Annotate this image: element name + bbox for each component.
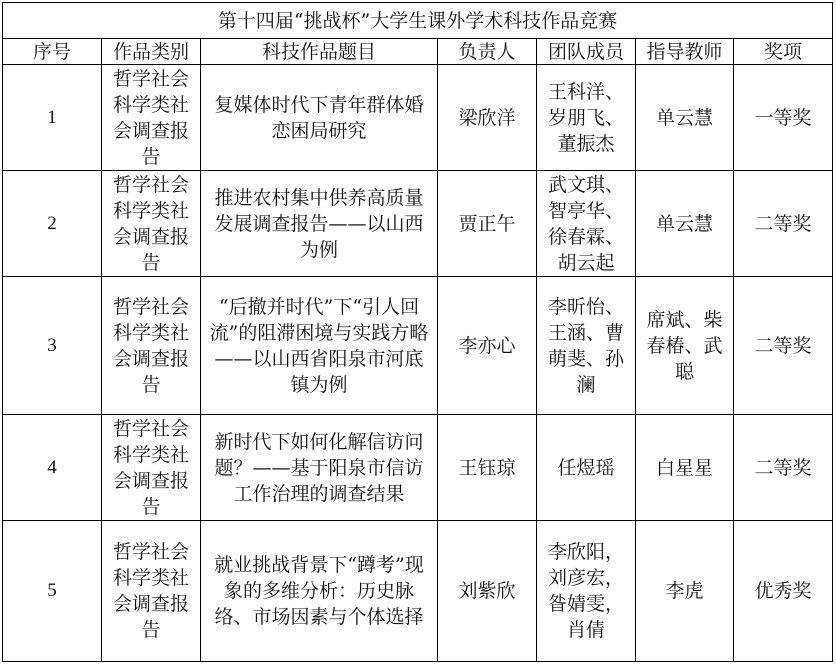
table-title-row: 第十四届“挑战杯”大学生课外学术科技作品竞赛 <box>3 3 833 39</box>
header-members: 团队成员 <box>537 39 636 65</box>
award-table: 第十四届“挑战杯”大学生课外学术科技作品竞赛 序号 作品类别 科技作品题目 负责… <box>2 2 833 662</box>
table-title: 第十四届“挑战杯”大学生课外学术科技作品竞赛 <box>3 3 833 39</box>
header-title: 科技作品题目 <box>201 39 438 65</box>
cell-advisor: 白星星 <box>636 415 734 521</box>
table-row: 1 哲学社会科学类社会调查报告 复媒体时代下青年群体婚恋困局研究 梁欣洋 王科洋… <box>3 65 833 171</box>
cell-leader: 贾正午 <box>438 171 537 277</box>
cell-members: 李昕怡、王涵、曹萌斐、孙澜 <box>537 277 636 415</box>
header-advisor: 指导教师 <box>636 39 734 65</box>
header-category: 作品类别 <box>102 39 201 65</box>
cell-advisor: 单云慧 <box>636 171 734 277</box>
cell-title: 就业挑战背景下“蹲考”现象的多维分析：历史脉络、市场因素与个体选择 <box>201 521 438 662</box>
cell-leader: 李亦心 <box>438 277 537 415</box>
table-row: 2 哲学社会科学类社会调查报告 推进农村集中供养高质量发展调查报告——以山西为例… <box>3 171 833 277</box>
cell-title: 复媒体时代下青年群体婚恋困局研究 <box>201 65 438 171</box>
cell-award: 一等奖 <box>734 65 833 171</box>
cell-category: 哲学社会科学类社会调查报告 <box>102 171 201 277</box>
cell-index: 5 <box>3 521 102 662</box>
cell-advisor: 单云慧 <box>636 65 734 171</box>
header-award: 奖项 <box>734 39 833 65</box>
cell-category: 哲学社会科学类社会调查报告 <box>102 415 201 521</box>
cell-title: 新时代下如何化解信访问题？——基于阳泉市信访工作治理的调查结果 <box>201 415 438 521</box>
cell-members: 李欣阳，刘彦宏，昝婧雯，肖倩 <box>537 521 636 662</box>
header-leader: 负责人 <box>438 39 537 65</box>
cell-members: 任煜瑶 <box>537 415 636 521</box>
cell-category: 哲学社会科学类社会调查报告 <box>102 277 201 415</box>
cell-index: 4 <box>3 415 102 521</box>
cell-advisor: 席斌、柴春椿、武聪 <box>636 277 734 415</box>
cell-title: “后撤并时代”下“引人回流”的阻滞困境与实践方略——以山西省阳泉市河底镇为例 <box>201 277 438 415</box>
cell-title: 推进农村集中供养高质量发展调查报告——以山西为例 <box>201 171 438 277</box>
table-header-row: 序号 作品类别 科技作品题目 负责人 团队成员 指导教师 奖项 <box>3 39 833 65</box>
cell-category: 哲学社会科学类社会调查报告 <box>102 65 201 171</box>
cell-leader: 刘紫欣 <box>438 521 537 662</box>
table-row: 3 哲学社会科学类社会调查报告 “后撤并时代”下“引人回流”的阻滞困境与实践方略… <box>3 277 833 415</box>
cell-index: 3 <box>3 277 102 415</box>
cell-award: 二等奖 <box>734 171 833 277</box>
cell-award: 优秀奖 <box>734 521 833 662</box>
cell-leader: 梁欣洋 <box>438 65 537 171</box>
cell-advisor: 李虎 <box>636 521 734 662</box>
cell-index: 1 <box>3 65 102 171</box>
cell-award: 二等奖 <box>734 277 833 415</box>
header-index: 序号 <box>3 39 102 65</box>
cell-award: 二等奖 <box>734 415 833 521</box>
table-row: 4 哲学社会科学类社会调查报告 新时代下如何化解信访问题？——基于阳泉市信访工作… <box>3 415 833 521</box>
cell-members: 武文琪、智亭华、徐春霖、胡云起 <box>537 171 636 277</box>
cell-leader: 王钰琼 <box>438 415 537 521</box>
cell-index: 2 <box>3 171 102 277</box>
table-row: 5 哲学社会科学类社会调查报告 就业挑战背景下“蹲考”现象的多维分析：历史脉络、… <box>3 521 833 662</box>
cell-members: 王科洋、岁朋飞、董振杰 <box>537 65 636 171</box>
cell-category: 哲学社会科学类社会调查报告 <box>102 521 201 662</box>
